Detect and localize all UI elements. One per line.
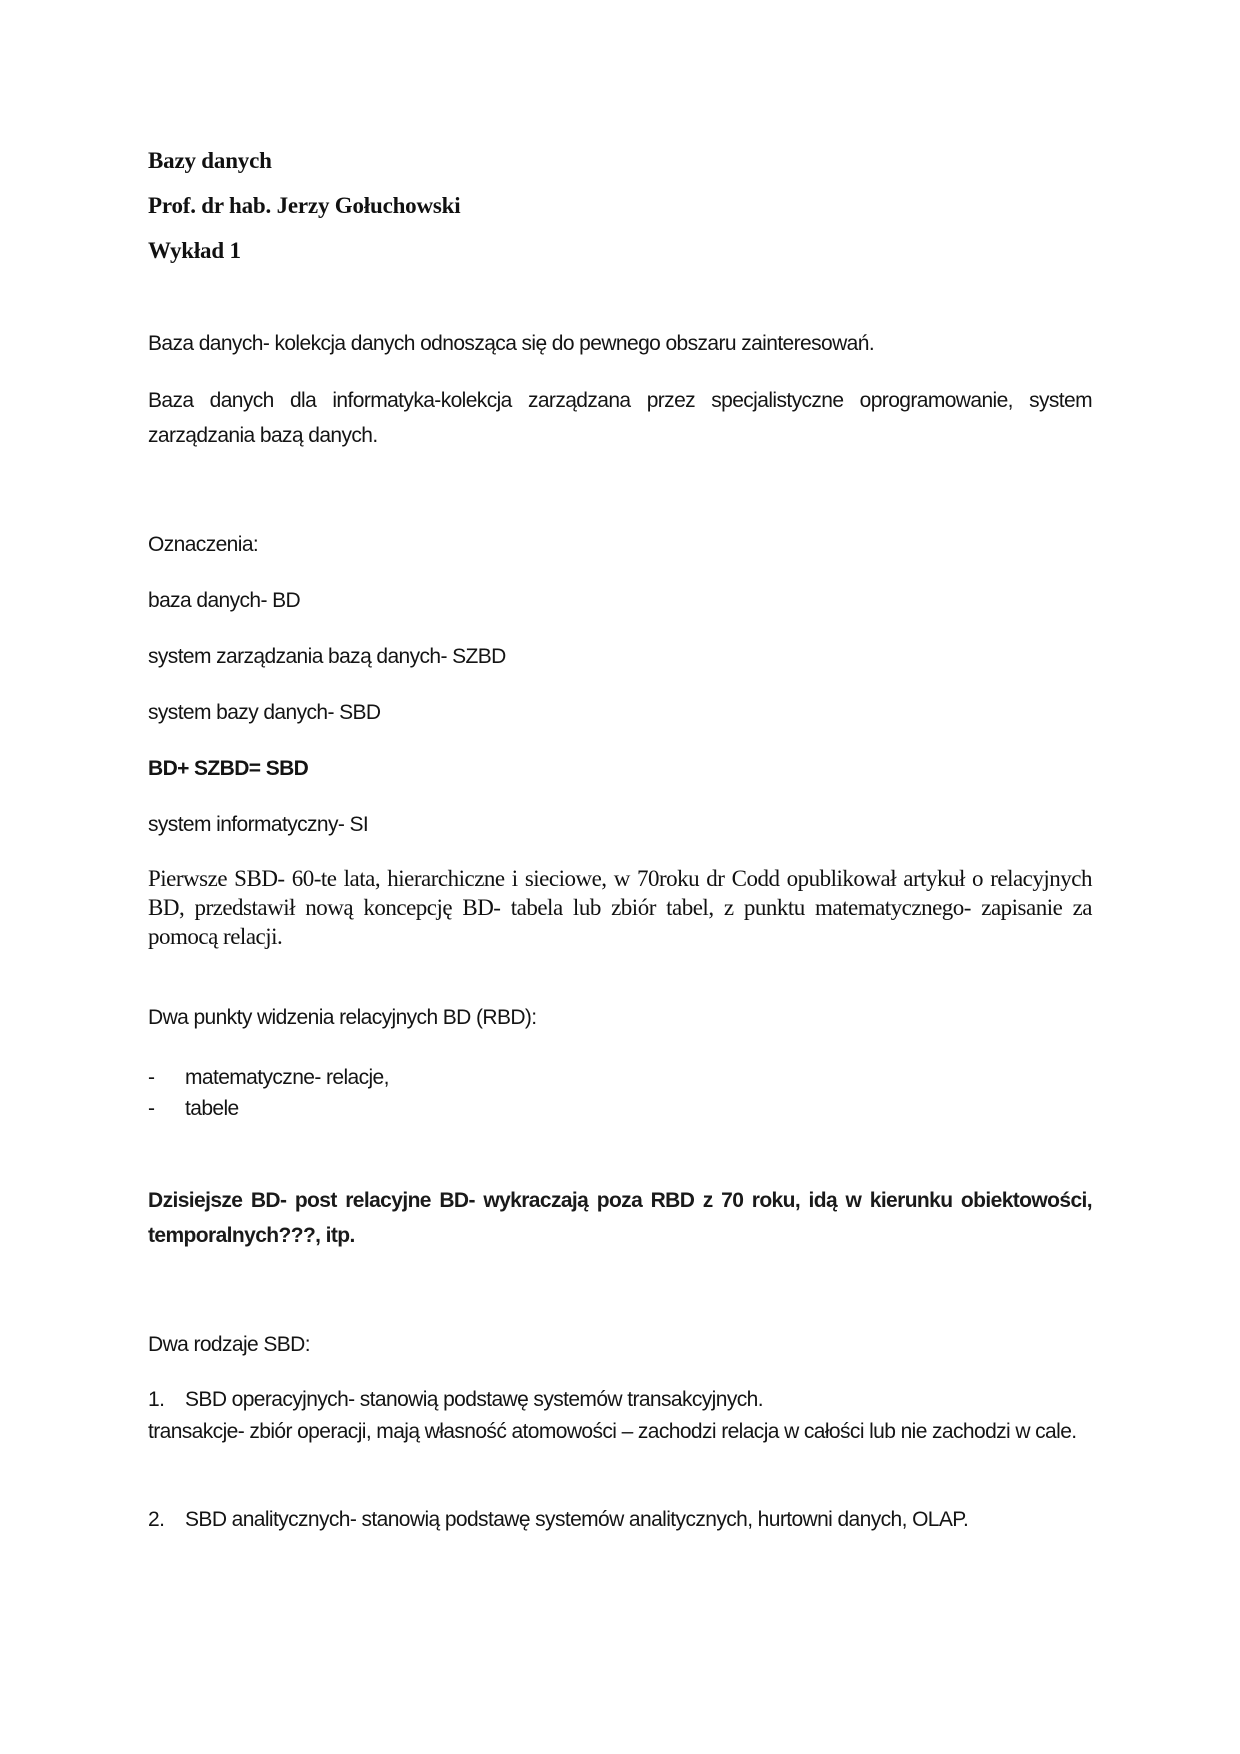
notation-item: system zarządzania bazą danych- SZBD xyxy=(148,645,506,669)
list-item: 1. SBD operacyjnych- stanowią podstawę s… xyxy=(148,1388,1092,1412)
list-number: 1. xyxy=(148,1388,185,1412)
types-list: 1. SBD operacyjnych- stanowią podstawę s… xyxy=(148,1388,1092,1412)
dash-bullet: - xyxy=(148,1093,185,1124)
transaction-note: transakcje- zbiór operacji, mają własnoś… xyxy=(148,1414,1092,1449)
list-item-text: SBD analitycznych- stanowią podstawę sys… xyxy=(185,1508,968,1532)
list-item: - tabele xyxy=(148,1093,389,1124)
notation-item: baza danych- BD xyxy=(148,589,300,613)
list-number: 2. xyxy=(148,1508,185,1532)
notations-heading: Oznaczenia: xyxy=(148,533,258,557)
notation-formula: BD+ SZBD= SBD xyxy=(148,757,308,781)
definition-paragraph: Baza danych dla informatyka-kolekcja zar… xyxy=(148,383,1092,453)
author-line: Prof. dr hab. Jerzy Gołuchowski xyxy=(148,193,460,219)
dash-bullet: - xyxy=(148,1062,185,1093)
list-item-text: SBD operacyjnych- stanowią podstawę syst… xyxy=(185,1388,763,1412)
types-list: 2. SBD analitycznych- stanowią podstawę … xyxy=(148,1508,1092,1532)
viewpoints-list: - matematyczne- relacje, - tabele xyxy=(148,1062,389,1124)
list-item: 2. SBD analitycznych- stanowią podstawę … xyxy=(148,1508,1092,1532)
list-item-text: tabele xyxy=(185,1093,239,1124)
viewpoints-heading: Dwa punkty widzenia relacyjnych BD (RBD)… xyxy=(148,1006,537,1030)
document-title: Bazy danych xyxy=(148,148,272,174)
history-paragraph: Pierwsze SBD- 60-te lata, hierarchiczne … xyxy=(148,864,1092,951)
notation-item: system bazy danych- SBD xyxy=(148,701,380,725)
lecture-heading: Wykład 1 xyxy=(148,238,241,264)
types-heading: Dwa rodzaje SBD: xyxy=(148,1333,310,1357)
definition-paragraph: Baza danych- kolekcja danych odnosząca s… xyxy=(148,332,874,356)
document-page: Bazy danych Prof. dr hab. Jerzy Gołuchow… xyxy=(0,0,1240,1754)
notation-item: system informatyczny- SI xyxy=(148,813,368,837)
list-item: - matematyczne- relacje, xyxy=(148,1062,389,1093)
today-paragraph: Dzisiejsze BD- post relacyjne BD- wykrac… xyxy=(148,1183,1092,1253)
list-item-text: matematyczne- relacje, xyxy=(185,1062,389,1093)
